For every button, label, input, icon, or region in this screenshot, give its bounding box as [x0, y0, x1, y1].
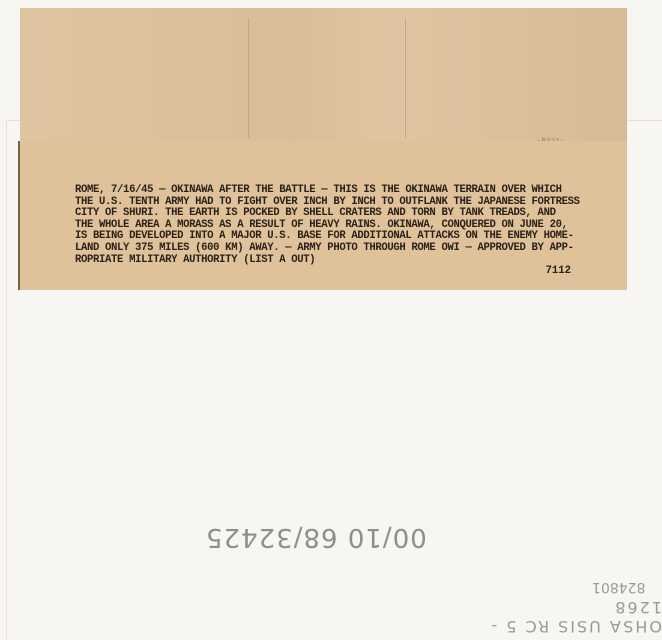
- caption-line: ROPRIATE MILITARY AUTHORITY (LIST A OUT): [75, 255, 625, 267]
- torn-edge: [18, 141, 20, 290]
- handwritten-note-id: 824801: [592, 579, 645, 595]
- caption-line: ROME, 7/16/45 — OKINAWA AFTER THE BATTLE…: [75, 185, 625, 197]
- caption-line: LAND ONLY 375 MILES (600 KM) AWAY. — ARM…: [75, 243, 625, 255]
- top-paper-strip: -P321-: [20, 8, 627, 150]
- paper-crease: [248, 18, 249, 138]
- typed-caption-slip: ROME, 7/16/45 — OKINAWA AFTER THE BATTLE…: [18, 141, 627, 290]
- handwritten-note-catalog: 00/10 68/32425: [205, 522, 427, 552]
- caption-text: ROME, 7/16/45 — OKINAWA AFTER THE BATTLE…: [75, 185, 625, 266]
- paper-crease: [405, 18, 406, 138]
- handwritten-note-archive: OHSA USIS RC 5 - 1268: [440, 598, 662, 636]
- caption-number: 7112: [546, 265, 571, 277]
